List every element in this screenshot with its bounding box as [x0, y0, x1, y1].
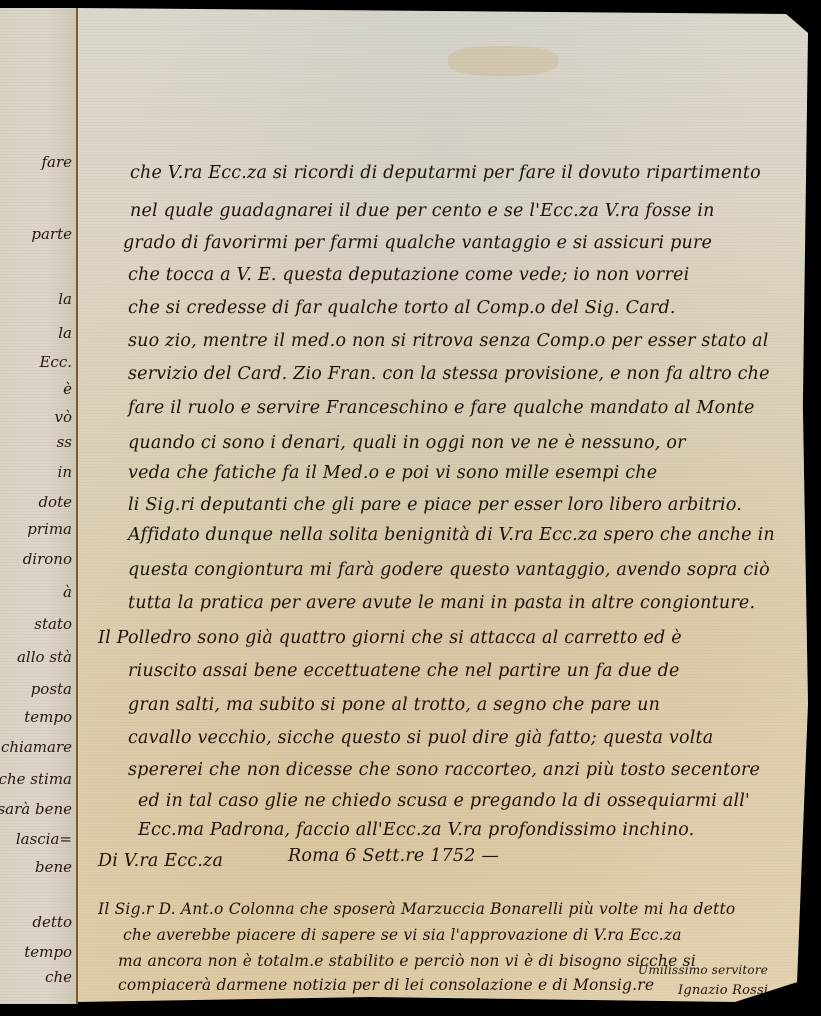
right-page: che V.ra Ecc.za si ricordi di deputarmi …	[78, 8, 808, 1002]
left-text-line: lascia=	[16, 830, 72, 848]
letter-line: che V.ra Ecc.za si ricordi di deputarmi …	[130, 163, 761, 183]
letter-line: veda che fatiche fa il Med.o e poi vi so…	[128, 463, 657, 483]
left-text-line: la	[58, 290, 72, 308]
left-text-line: fare	[41, 153, 72, 171]
left-page-fragment: fare parte la la Ecc. è vò ss in dote pr…	[0, 8, 76, 1004]
left-text-line: che	[45, 968, 72, 986]
letter-line: li Sig.ri deputanti che gli pare e piace…	[128, 495, 742, 515]
letter-line: Affidato dunque nella solita benignità d…	[128, 525, 775, 545]
postscript-line: Il Sig.r D. Ant.o Colonna che sposerà Ma…	[98, 900, 735, 918]
left-text-line: à	[63, 583, 72, 601]
left-text-line: vò	[54, 408, 72, 426]
left-text-line: stato	[34, 615, 72, 633]
left-text-line: in	[58, 463, 72, 481]
date-line: Roma 6 Sett.re 1752 —	[288, 846, 499, 866]
closing-formula: Umilissimo servitore	[638, 963, 768, 977]
letter-line: servizio del Card. Zio Fran. con la stes…	[128, 364, 770, 384]
letter-line: Ecc.ma Padrona, faccio all'Ecc.za V.ra p…	[138, 820, 694, 840]
left-text-line: tempo	[24, 708, 72, 726]
letter-line: cavallo vecchio, sicche questo si puol d…	[128, 728, 713, 748]
letter-line: fare il ruolo e servire Franceschino e f…	[128, 398, 755, 418]
letter-line: gran salti, ma subito si pone al trotto,…	[128, 695, 660, 715]
salutation-line: Di V.ra Ecc.za	[98, 851, 223, 871]
left-text-line: allo stà	[17, 648, 72, 666]
paper-stain	[448, 46, 558, 76]
left-text-line: bene	[35, 858, 72, 876]
letter-line: ed in tal caso glie ne chiedo scusa e pr…	[138, 791, 750, 811]
left-text-line: chiamare	[1, 738, 72, 756]
letter-line: quando ci sono i denari, quali in oggi n…	[128, 433, 686, 453]
left-text-line: dote	[38, 493, 72, 511]
left-text-line: qualche stima	[0, 770, 72, 788]
letter-line: nel quale guadagnarei il due per cento e…	[130, 201, 715, 221]
left-text-line: posta	[31, 680, 72, 698]
left-text-line: Ecc.	[39, 353, 72, 371]
letter-line: che si credesse di far qualche torto al …	[128, 298, 676, 318]
letter-line: Il Polledro sono già quattro giorni che …	[98, 628, 682, 648]
page-gutter-fold	[76, 8, 78, 1004]
left-text-line: la	[58, 324, 72, 342]
signature: Ignazio Rossi	[678, 983, 768, 998]
letter-line: questa congiontura mi farà godere questo…	[128, 560, 770, 580]
letter-line: che tocca a V. E. questa deputazione com…	[128, 265, 689, 285]
left-text-line: sarà bene	[0, 800, 72, 818]
postscript-line: che averebbe piacere di sapere se vi sia…	[123, 926, 682, 944]
left-text-line: dirono	[23, 550, 72, 568]
letter-line: spererei che non dicesse che sono raccor…	[128, 760, 760, 780]
left-text-line: prima	[27, 520, 72, 538]
letter-line: grado di favorirmi per farmi qualche van…	[123, 233, 712, 253]
letter-line: suo zio, mentre il med.o non si ritrova …	[128, 331, 769, 351]
postscript-line: compiacerà darmene notizia per di lei co…	[118, 976, 654, 994]
left-text-line: ss	[57, 433, 72, 451]
left-text-line: detto	[32, 913, 72, 931]
postscript-line: ma ancora non è totalm.e stabilito e per…	[118, 952, 696, 970]
letter-line: tutta la pratica per avere avute le mani…	[128, 593, 755, 613]
left-text-line: è	[63, 380, 72, 398]
left-text-line: tempo	[24, 943, 72, 961]
letter-line: riuscito assai bene eccettuatene che nel…	[128, 661, 680, 681]
left-text-line: parte	[31, 225, 72, 243]
